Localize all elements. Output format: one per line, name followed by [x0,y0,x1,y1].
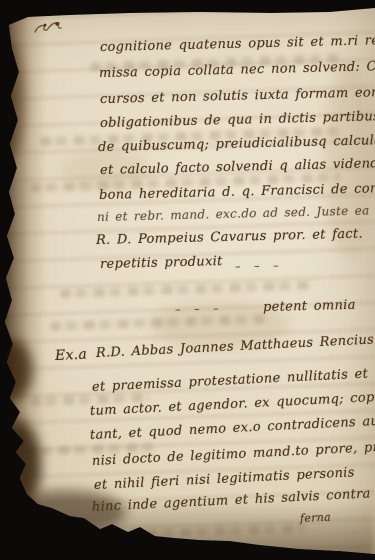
text-line: ni et rebr. mand. exc.do ad sed. Juste e… [97,201,375,224]
text-line: obligationibus de qua in dictis partibus… [100,108,375,131]
handwritten-text: cognitione quatenus opus sit et m.ri res… [0,0,375,560]
text-line: cognitione quatenus opus sit et m.ri res… [100,32,375,55]
margin-abbreviation: Ex.a [55,346,88,364]
text-line: missa copia collata nec non solvend: Cam… [99,58,375,81]
manuscript-page: cognitione quatenus opus sit et m.ri res… [0,0,375,560]
aside-note: petent omnia [263,298,356,315]
text-line: nisi docto de legitimo mand.to prore, pr… [92,438,375,469]
text-line: cursos et non solutis iuxta formam eorum [100,85,375,107]
photo-background: cognitione quatenus opus sit et m.ri res… [0,0,375,560]
text-line: R.D. Abbas Joannes Matthaeus Rencius pro… [96,331,375,361]
text-line: R. D. Pompeius Cavarus pror. et fact. [96,226,363,248]
text-line: et praemissa protestatione nullitatis et… [92,364,375,395]
pen-dashes: – – – [175,302,223,316]
text-line: bona hereditaria d. q. Francisci de con- [99,181,375,203]
text-line: repetitis produxit [100,254,223,272]
catchword: ferna [300,510,332,524]
text-line: et calculo facto solvendi q alias vidend… [100,155,375,178]
text-line: de quibuscumq; preiudicialibusq calculan… [98,132,375,155]
pen-dashes: – – – [235,259,283,273]
